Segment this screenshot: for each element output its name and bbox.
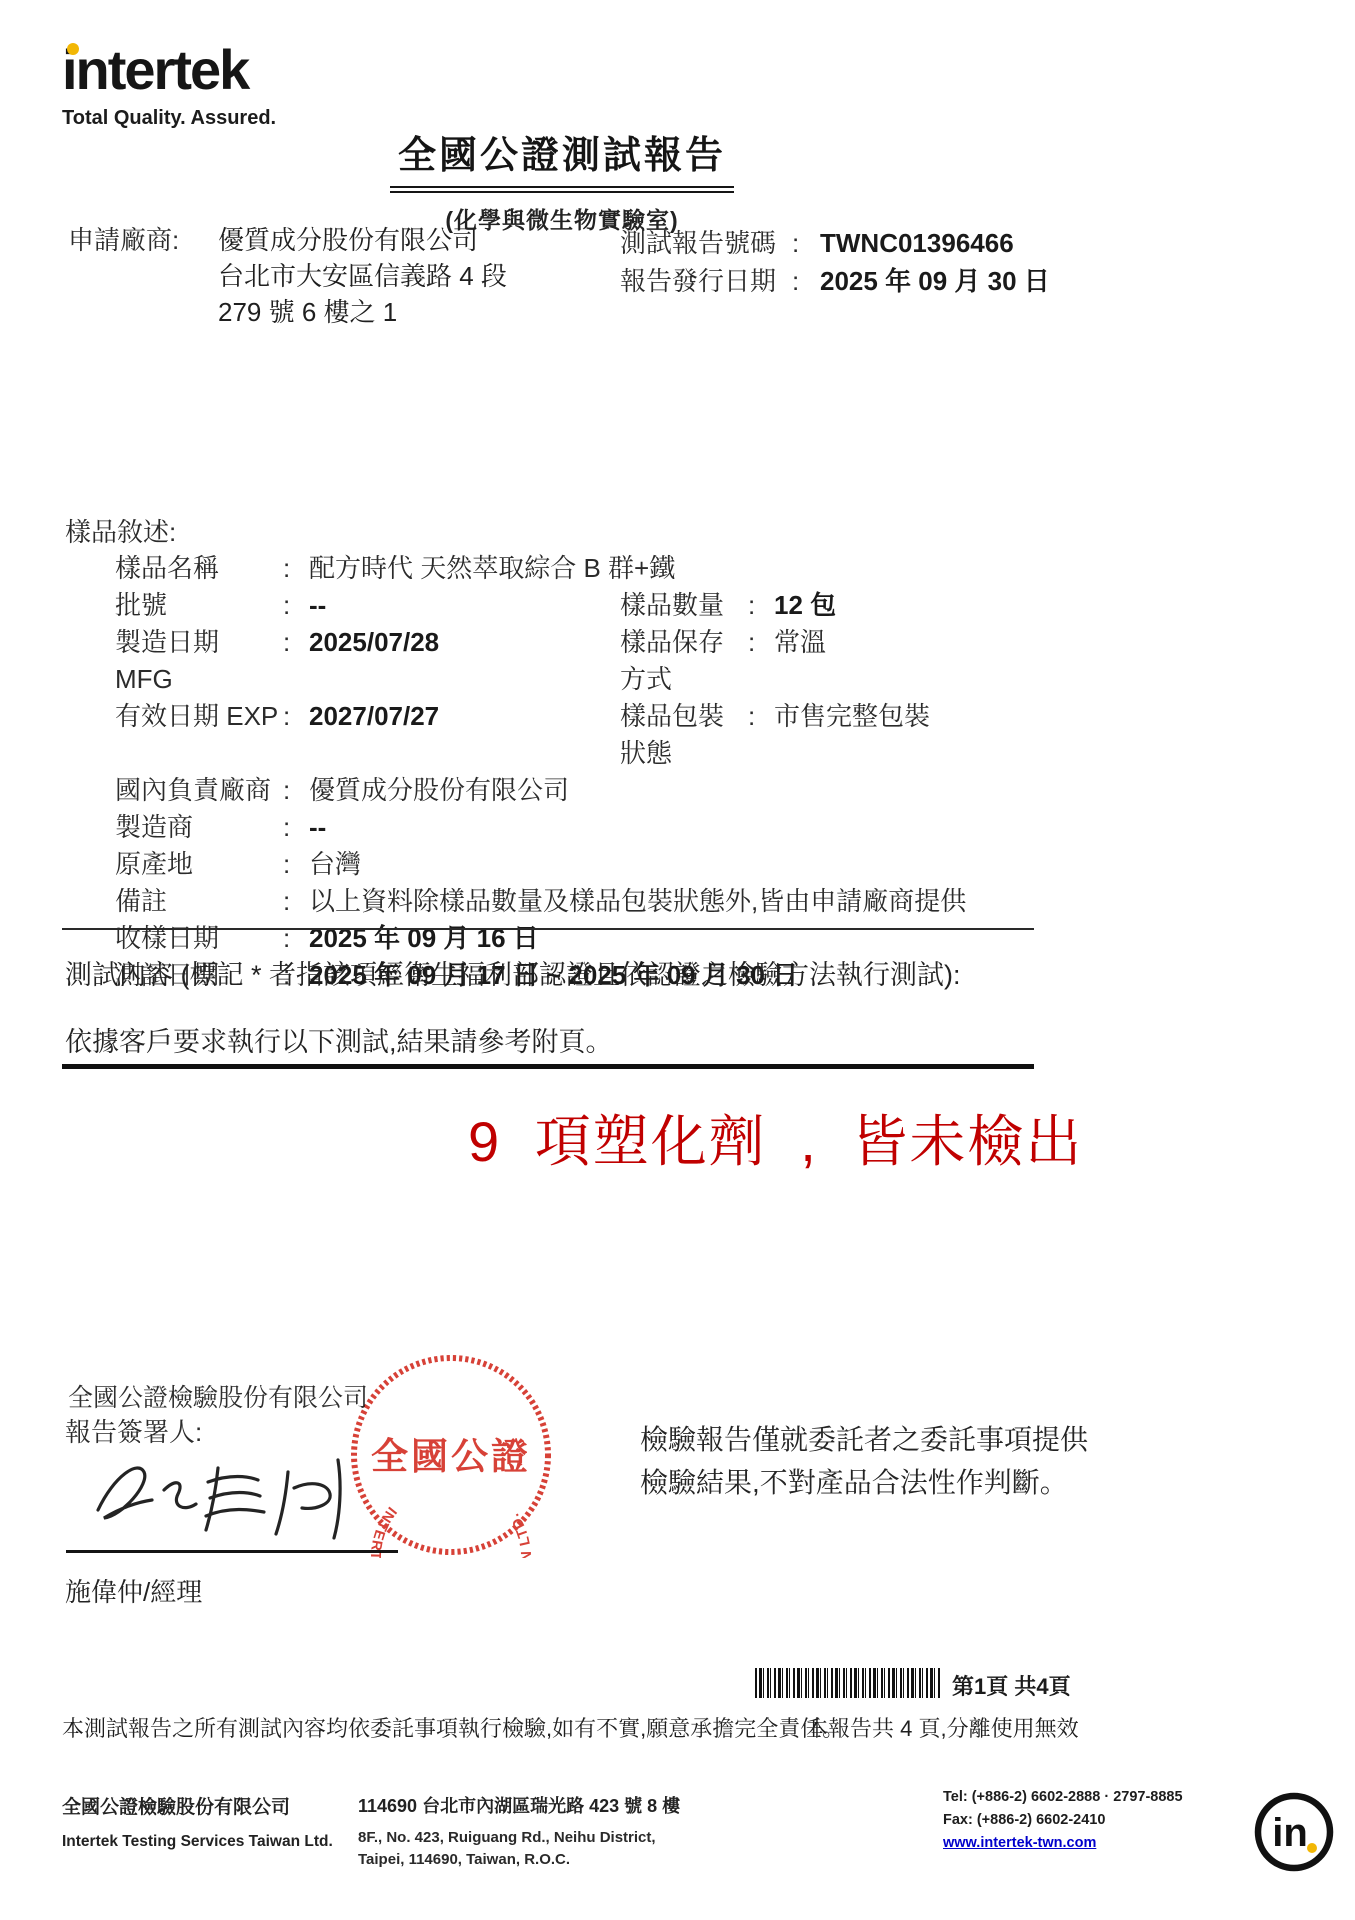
footer-fax: Fax: (+886-2) 6602-2410: [943, 1809, 1183, 1832]
divider-thin: [62, 928, 1034, 930]
statement-line-2: 檢驗結果,不對產品合法性作判斷。: [640, 1461, 1088, 1504]
field-colon: :: [792, 224, 820, 262]
statement-block: 檢驗報告僅就委託者之委託事項提供 檢驗結果,不對產品合法性作判斷。: [640, 1418, 1088, 1504]
field-value: 台灣: [309, 846, 1035, 883]
test-content-heading: 測試內容 (標記 * 者指該項經衛生福利部認證且依認證之檢驗方法執行測試):: [65, 953, 961, 992]
company-stamp: INTERTEK TESTING SERVICES TAIWAN LTD. 全國…: [348, 1352, 554, 1558]
result-highlight: 9 項塑化劑 , 皆未檢出: [468, 1098, 1083, 1178]
brand-wordmark: intertek: [62, 38, 248, 101]
field-colon: :: [748, 587, 774, 624]
field-colon: :: [283, 550, 309, 587]
sample-row: 製造商 : --: [115, 809, 1035, 846]
applicant-block: 申請廠商: 優質成分股份有限公司 台北市大安區信義路 4 段 279 號 6 樓…: [68, 222, 507, 330]
sample-row: 原產地 : 台灣: [115, 846, 1035, 883]
field-label: 製造商: [115, 809, 283, 846]
field-value: --: [309, 587, 620, 624]
signer-name-title: 施偉仲/經理: [65, 1572, 202, 1609]
intertek-roundel-icon: in: [1252, 1790, 1336, 1874]
sample-row: 備註 : 以上資料除樣品數量及樣品包裝狀態外,皆由申請廠商提供: [115, 883, 1035, 920]
field-value: 以上資料除樣品數量及樣品包裝狀態外,皆由申請廠商提供: [309, 883, 1035, 920]
field-label: 製造日期 MFG: [115, 624, 283, 698]
field-label: 有效日期 EXP: [115, 698, 283, 772]
issue-date-value: 2025 年 09 月 30 日: [820, 262, 1050, 300]
field-value: 12 包: [774, 587, 1035, 624]
field-label: 批號: [115, 587, 283, 624]
sample-heading: 樣品敘述:: [65, 512, 176, 549]
report-meta: 測試報告號碼 : TWNC01396466 報告發行日期 : 2025 年 09…: [620, 224, 1050, 300]
field-label: 備註: [115, 883, 283, 920]
test-content-note: 依據客戶要求執行以下測試,結果請參考附頁。: [65, 1020, 613, 1059]
field-value: 配方時代 天然萃取綜合 B 群+鐵: [309, 550, 1035, 587]
field-colon: :: [748, 624, 774, 698]
field-value: 2025 年 09 月 16 日: [309, 920, 1035, 957]
field-label: 樣品包裝狀態: [620, 698, 748, 772]
disclaimer-text: 本測試報告之所有測試內容均依委託事項執行檢驗,如有不實,願意承擔完全責任。: [62, 1712, 844, 1743]
barcode: [755, 1668, 941, 1698]
footer-company-block: 全國公證檢驗股份有限公司 Intertek Testing Services T…: [62, 1792, 333, 1851]
field-value: 優質成分股份有限公司: [309, 772, 1035, 809]
footer-address-zh: 114690 台北市內湖區瑞光路 423 號 8 樓: [358, 1792, 680, 1818]
field-value: 2027/07/27: [309, 698, 620, 772]
applicant-name: 優質成分股份有限公司: [218, 222, 507, 258]
report-no-value: TWNC01396466: [820, 224, 1050, 262]
signoff-company: 全國公證檢驗股份有限公司: [68, 1378, 368, 1414]
field-colon: :: [283, 883, 309, 920]
field-colon: :: [283, 920, 309, 957]
sample-row: 批號 : -- 樣品數量 : 12 包: [115, 587, 1035, 624]
footer-address-en-1: 8F., No. 423, Ruiguang Rd., Neihu Distri…: [358, 1827, 680, 1849]
sample-row: 收樣日期 : 2025 年 09 月 16 日: [115, 920, 1035, 957]
field-label: 原產地: [115, 846, 283, 883]
footer-company-en: Intertek Testing Services Taiwan Ltd.: [62, 1833, 333, 1851]
field-colon: :: [283, 698, 309, 772]
footer-tel: Tel: (+886-2) 6602-2888 · 2797-8885: [943, 1786, 1183, 1809]
sample-row: 製造日期 MFG : 2025/07/28 樣品保存方式 : 常溫: [115, 624, 1035, 698]
footer-company-zh: 全國公證檢驗股份有限公司: [62, 1792, 333, 1819]
statement-line-1: 檢驗報告僅就委託者之委託事項提供: [640, 1418, 1088, 1461]
footer-contact-block: Tel: (+886-2) 6602-2888 · 2797-8885 Fax:…: [943, 1786, 1183, 1855]
field-colon: :: [283, 846, 309, 883]
field-colon: :: [283, 809, 309, 846]
footer-address-en-2: Taipei, 114690, Taiwan, R.O.C.: [358, 1849, 680, 1871]
applicant-address-line-1: 台北市大安區信義路 4 段: [218, 258, 507, 294]
sample-row: 樣品名稱 : 配方時代 天然萃取綜合 B 群+鐵: [115, 550, 1035, 587]
field-value: --: [309, 809, 1035, 846]
field-colon: :: [283, 772, 309, 809]
test-report-page: { "colors": { "ink": "#1f1f1f", "accent_…: [0, 0, 1355, 1920]
svg-text:in: in: [1272, 1811, 1308, 1855]
footer-website-link[interactable]: www.intertek-twn.com: [943, 1835, 1096, 1851]
stamp-center-text: 全國公證: [371, 1436, 531, 1477]
field-value: 2025/07/28: [309, 624, 620, 698]
title-block: 全國公證測試報告 (化學與微生物實驗室): [212, 124, 912, 235]
signature-image: [80, 1438, 380, 1546]
sample-row: 有效日期 EXP : 2027/07/27 樣品包裝狀態 : 市售完整包裝: [115, 698, 1035, 772]
report-no-label: 測試報告號碼: [620, 224, 792, 262]
sample-row: 國內負責廠商 : 優質成分股份有限公司: [115, 772, 1035, 809]
applicant-address: 優質成分股份有限公司 台北市大安區信義路 4 段 279 號 6 樓之 1: [218, 222, 507, 330]
field-colon: :: [283, 624, 309, 698]
field-value: 市售完整包裝: [774, 698, 1035, 772]
brand-block: intertek Total Quality. Assured.: [62, 42, 276, 130]
field-colon: :: [283, 587, 309, 624]
validity-text: 本報告共 4 頁,分離使用無效: [806, 1712, 1079, 1743]
field-label: 國內負責廠商: [115, 772, 283, 809]
issue-date-label: 報告發行日期: [620, 262, 792, 300]
footer-address-block: 114690 台北市內湖區瑞光路 423 號 8 樓 8F., No. 423,…: [358, 1792, 680, 1871]
field-label: 樣品數量: [620, 587, 748, 624]
applicant-address-line-2: 279 號 6 樓之 1: [218, 294, 507, 330]
page-number-label: 第1頁 共4頁: [952, 1670, 1071, 1701]
field-value: 常溫: [774, 624, 1035, 698]
field-colon: :: [748, 698, 774, 772]
divider-thick: [62, 1064, 1034, 1069]
field-label: 樣品保存方式: [620, 624, 748, 698]
field-label: 收樣日期: [115, 920, 283, 957]
page-title: 全國公證測試報告: [390, 124, 734, 193]
field-label: 樣品名稱: [115, 550, 283, 587]
brand-dot-icon: [67, 43, 79, 55]
intertek-logo: intertek: [62, 42, 276, 98]
field-colon: :: [792, 262, 820, 300]
applicant-label: 申請廠商:: [68, 222, 218, 330]
